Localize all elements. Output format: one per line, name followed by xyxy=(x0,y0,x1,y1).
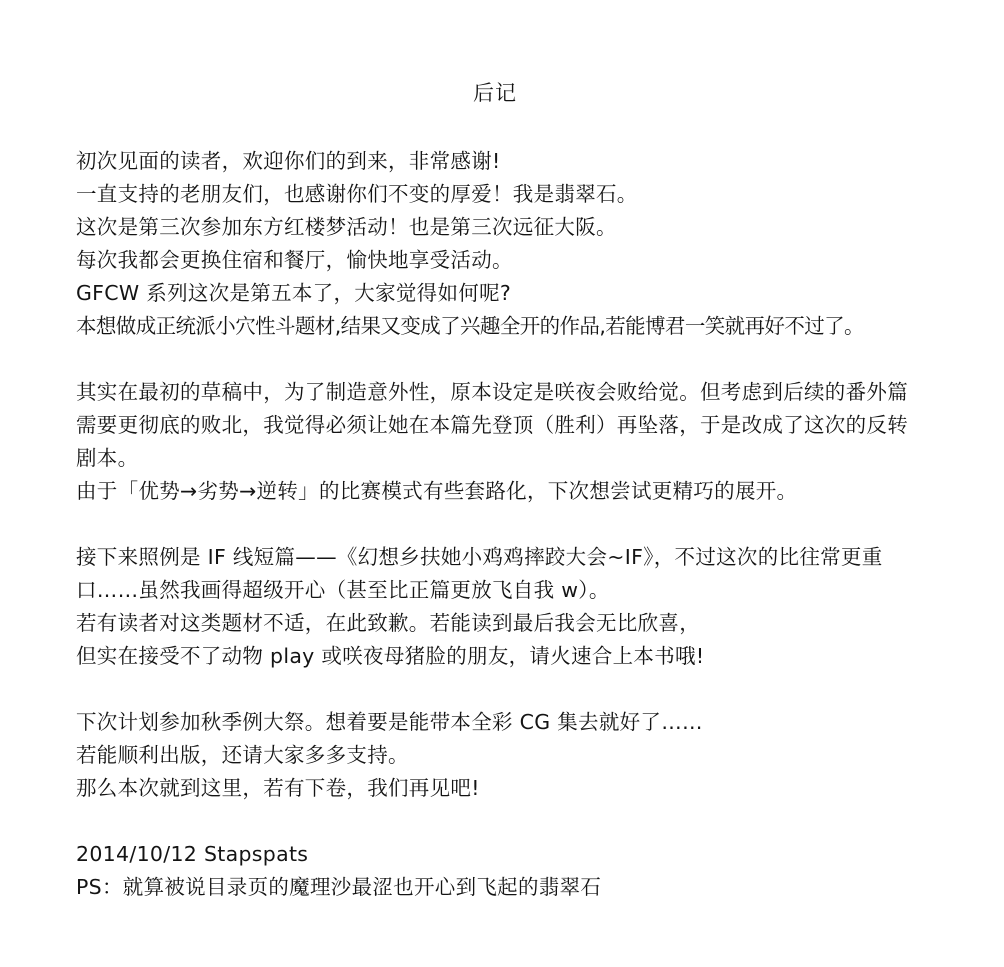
text-line: 每次我都会更换住宿和餐厅，愉快地享受活动。 xyxy=(76,244,976,277)
text-line: 口……虽然我画得超级开心（甚至比正篇更放飞自我 w）。 xyxy=(76,574,976,607)
paragraph-if-story: 接下来照例是 IF 线短篇——《幻想乡扶她小鸡鸡摔跤大会~IF》，不过这次的比往… xyxy=(76,541,976,673)
paragraph-draft-notes: 其实在最初的草稿中，为了制造意外性，原本设定是咲夜会败给觉。但考虑到后续的番外篇… xyxy=(76,376,976,508)
paragraph-greeting: 初次见面的读者，欢迎你们的到来，非常感谢! 一直支持的老朋友们，也感谢你们不变的… xyxy=(76,145,976,343)
page-title: 后记 xyxy=(0,79,990,107)
paragraph-spacer xyxy=(76,673,976,706)
text-line: 那么本次就到这里，若有下卷，我们再见吧! xyxy=(76,772,976,805)
paragraph-spacer xyxy=(76,805,976,838)
text-line: 初次见面的读者，欢迎你们的到来，非常感谢! xyxy=(76,145,976,178)
text-line: 下次计划参加秋季例大祭。想着要是能带本全彩 CG 集去就好了…… xyxy=(76,706,976,739)
signature-date-author: 2014/10/12 Stapspats xyxy=(76,838,976,871)
text-line: 若有读者对这类题材不适，在此致歉。若能读到最后我会无比欣喜， xyxy=(76,607,976,640)
afterword-body: 初次见面的读者，欢迎你们的到来，非常感谢! 一直支持的老朋友们，也感谢你们不变的… xyxy=(76,145,976,904)
afterword-page: 后记 初次见面的读者，欢迎你们的到来，非常感谢! 一直支持的老朋友们，也感谢你们… xyxy=(0,0,1004,967)
paragraph-signature: 2014/10/12 Stapspats PS：就算被说目录页的魔理沙最涩也开心… xyxy=(76,838,976,904)
paragraph-spacer xyxy=(76,343,976,376)
paragraph-spacer xyxy=(76,508,976,541)
text-line: 本想做成正统派小穴性斗题材,结果又变成了兴趣全开的作品,若能博君一笑就再好不过了… xyxy=(76,310,976,343)
text-line: 这次是第三次参加东方红楼梦活动！也是第三次远征大阪。 xyxy=(76,211,976,244)
text-line: 其实在最初的草稿中，为了制造意外性，原本设定是咲夜会败给觉。但考虑到后续的番外篇 xyxy=(76,376,976,409)
text-line: 需要更彻底的败北，我觉得必须让她在本篇先登顶（胜利）再坠落，于是改成了这次的反转 xyxy=(76,409,976,442)
paragraph-next-plans: 下次计划参加秋季例大祭。想着要是能带本全彩 CG 集去就好了…… 若能顺利出版，… xyxy=(76,706,976,805)
text-line: 若能顺利出版，还请大家多多支持。 xyxy=(76,739,976,772)
text-line: 剧本。 xyxy=(76,442,976,475)
text-line: 但实在接受不了动物 play 或咲夜母猪脸的朋友，请火速合上本书哦! xyxy=(76,640,976,673)
postscript: PS：就算被说目录页的魔理沙最涩也开心到飞起的翡翠石 xyxy=(76,871,976,904)
text-line: 由于「优势→劣势→逆转」的比赛模式有些套路化，下次想尝试更精巧的展开。 xyxy=(76,475,976,508)
text-line: 接下来照例是 IF 线短篇——《幻想乡扶她小鸡鸡摔跤大会~IF》，不过这次的比往… xyxy=(76,541,976,574)
text-line: 一直支持的老朋友们，也感谢你们不变的厚爱！我是翡翠石。 xyxy=(76,178,976,211)
text-line: GFCW 系列这次是第五本了，大家觉得如何呢? xyxy=(76,277,976,310)
